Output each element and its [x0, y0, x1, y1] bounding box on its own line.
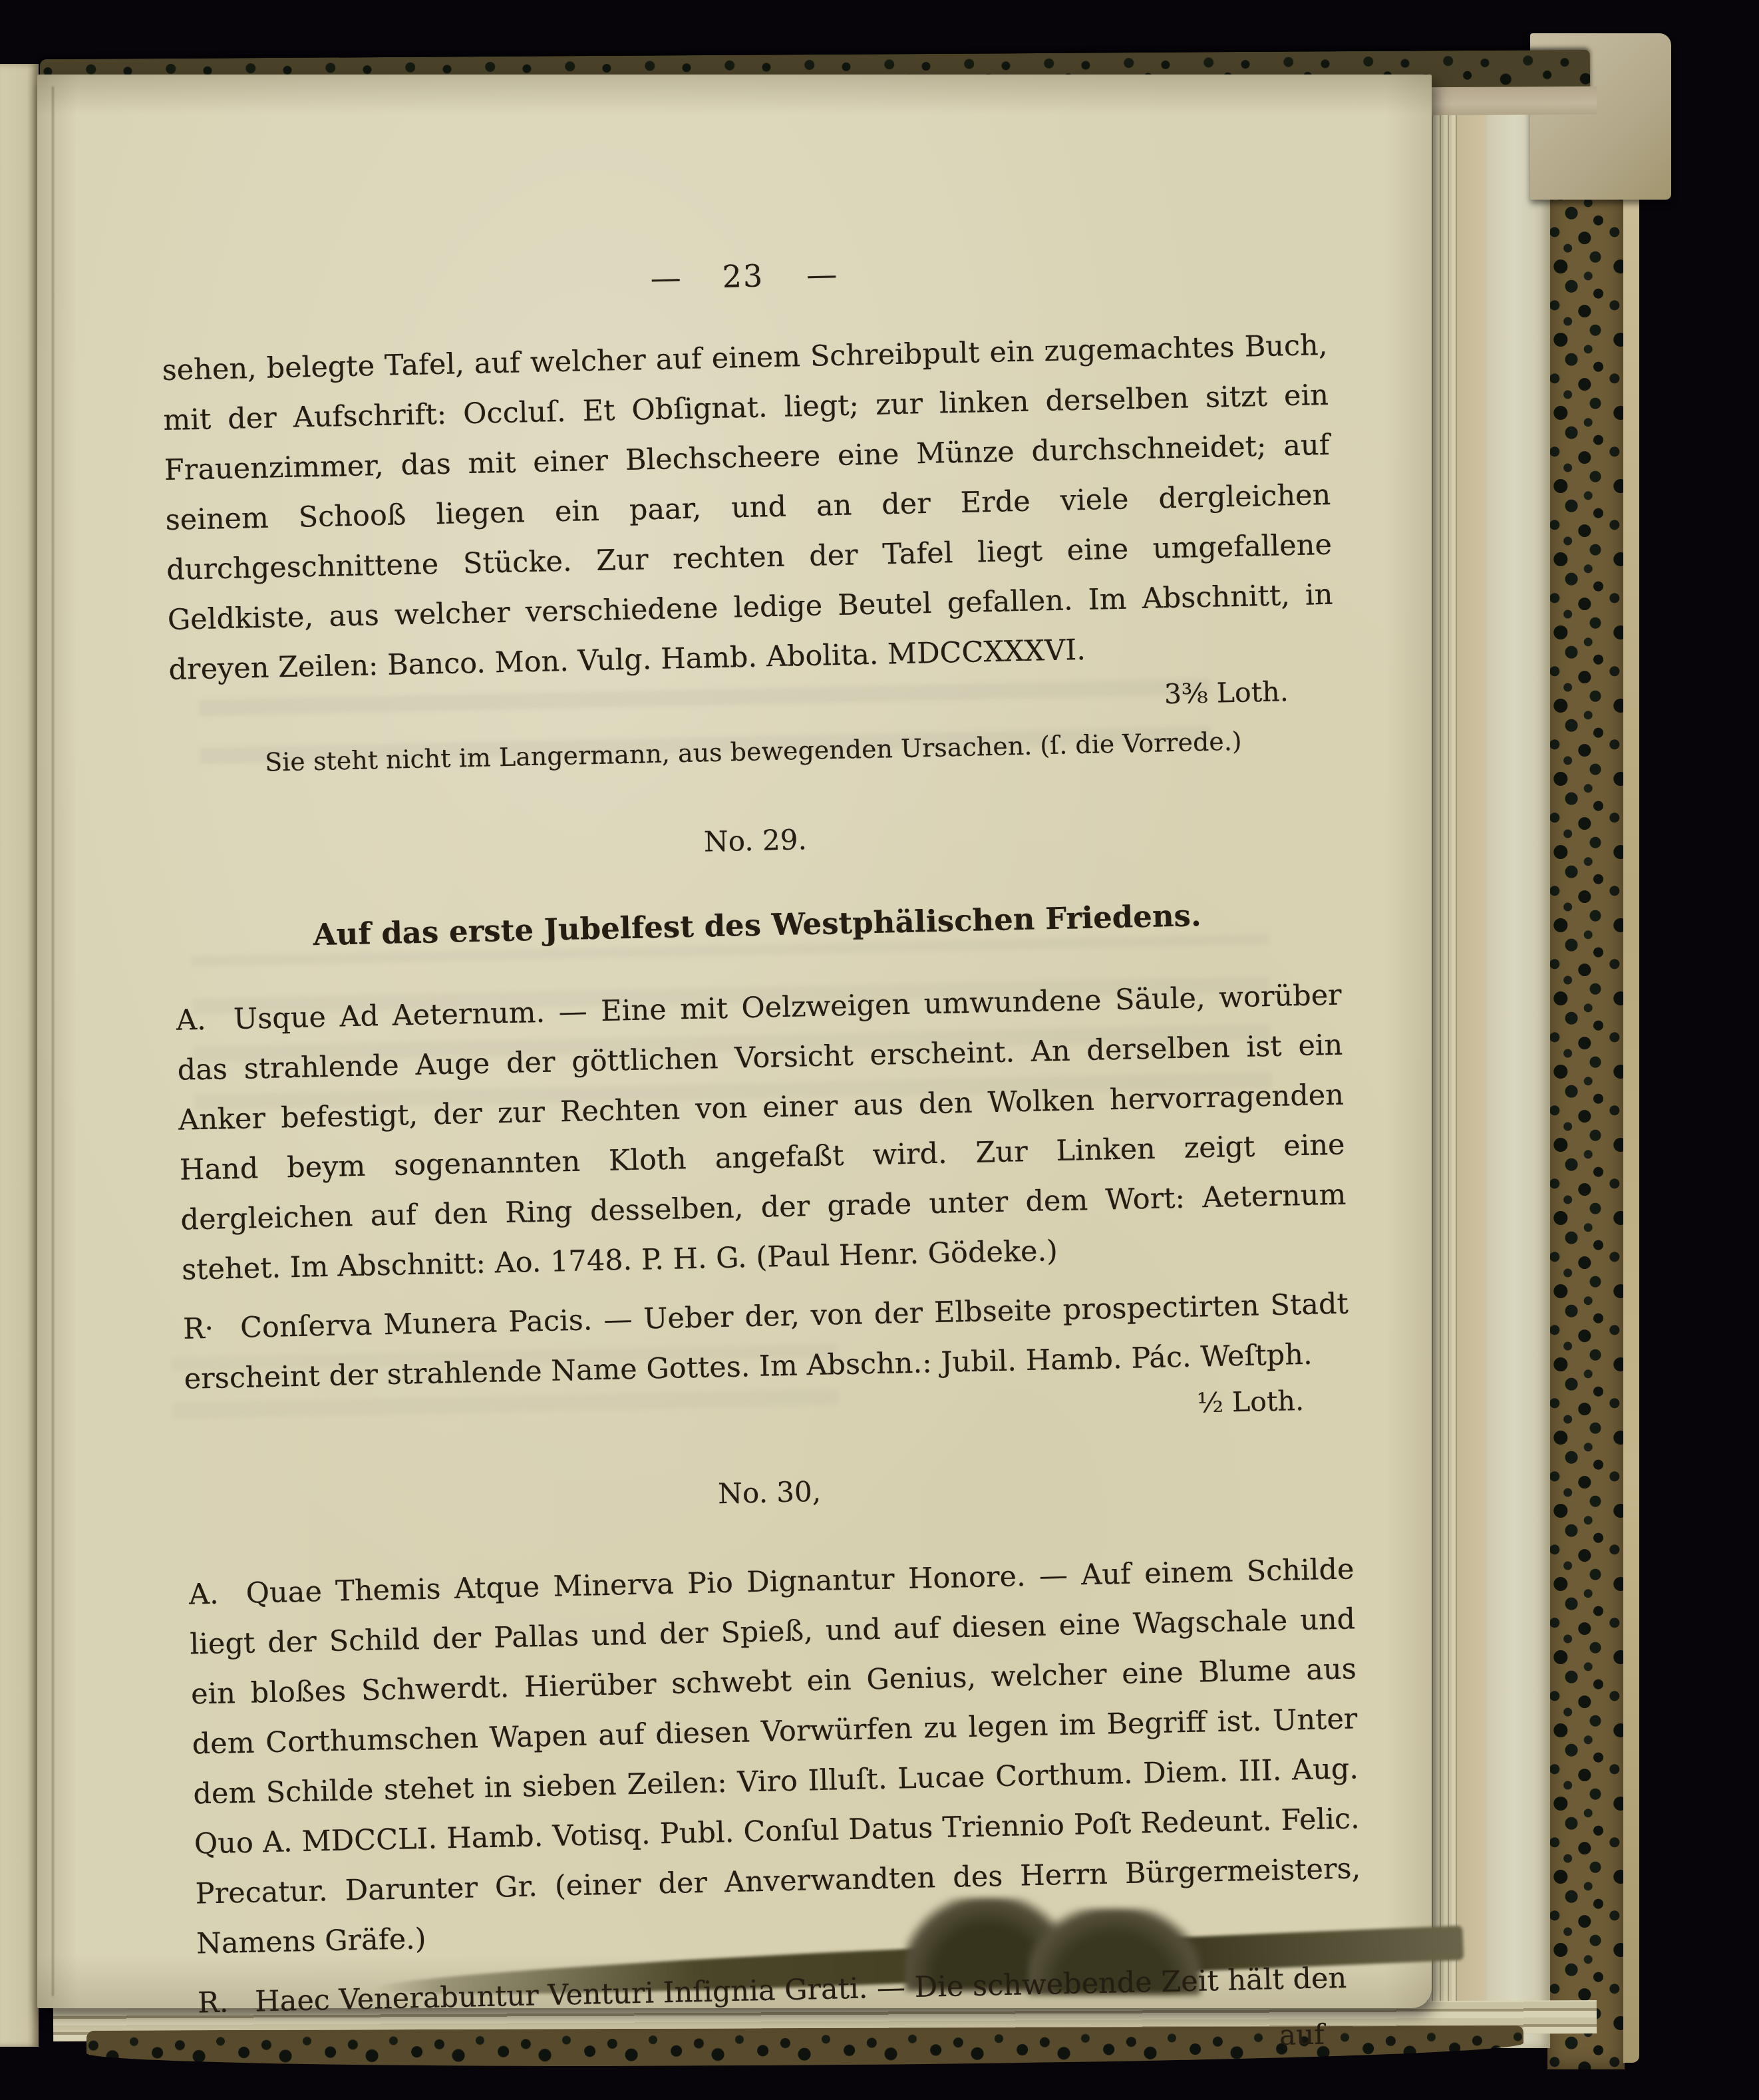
continuation-paragraph: sehen, belegte Tafel, auf welcher auf ei…	[162, 321, 1335, 695]
cover-torn-paper-edge	[1623, 106, 1639, 2063]
right-page-edge-strip	[1485, 85, 1550, 2048]
entry-obverse-29: A. Usque Ad Aeternum. — Eine mit Oelzwei…	[176, 971, 1347, 1296]
section-number-30: No. 30,	[186, 1455, 1353, 1530]
page-number: 23	[722, 251, 764, 301]
header-rule-left: —	[650, 253, 681, 303]
entry-obverse-30: A. Quae Themis Atque Minerva Pio Dignant…	[188, 1544, 1362, 1969]
entry-label: A.	[188, 1570, 219, 1620]
entry-label: R.	[197, 1978, 229, 2028]
stacked-page-edges	[1428, 90, 1457, 2033]
printed-text-block: — 23 — sehen, belegte Tafel, auf welcher…	[160, 239, 1364, 2084]
section-number-29: No. 29.	[172, 803, 1339, 878]
entry-label: A.	[176, 995, 206, 1046]
right-page-gap	[1454, 88, 1486, 2037]
marbled-cover-edge	[1547, 80, 1625, 2069]
entry-text: Usque Ad Aeternum. — Eine mit Oelzweigen…	[176, 971, 1347, 1296]
gutter-crease	[52, 87, 54, 1996]
entry-text: Quae Themis Atque Minerva Pio Dignantur …	[188, 1544, 1362, 1969]
entry-label: R·	[182, 1304, 214, 1355]
header-rule-right: —	[806, 250, 836, 300]
facing-page-sliver	[0, 64, 39, 2047]
book-scan: — 23 — sehen, belegte Tafel, auf welcher…	[0, 0, 1759, 2100]
section-title-29: Auf das erste Jubelfest des Westphälisch…	[174, 888, 1340, 963]
